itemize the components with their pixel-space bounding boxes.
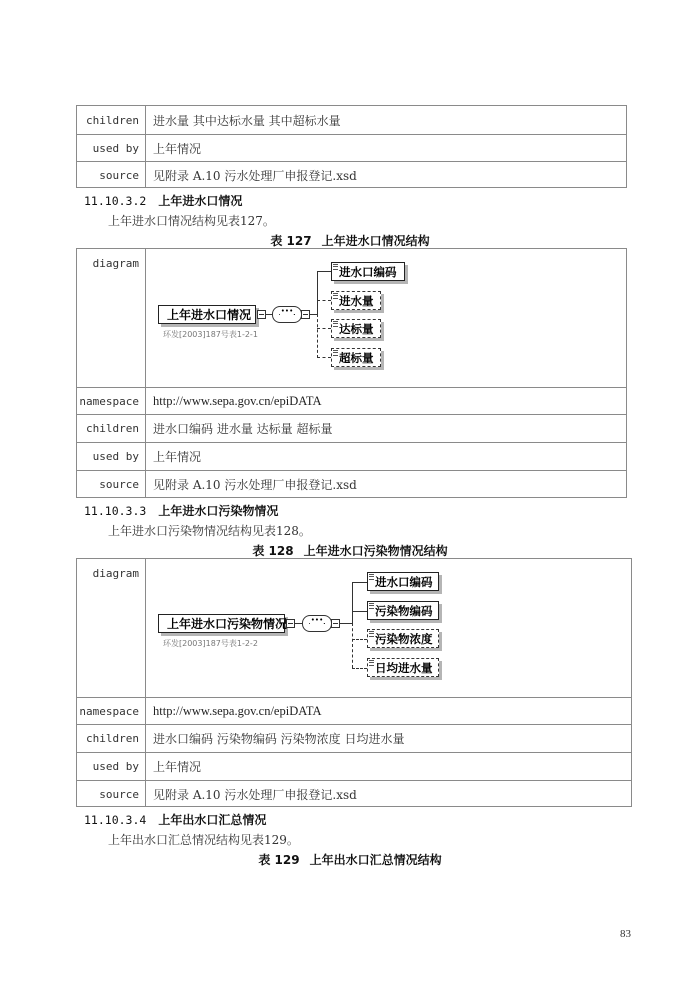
section-heading: 11.10.3.3上年进水口污染物情况 [84, 502, 278, 519]
table-row-source: source 见附录 A.10 污水处理厂申报登记.xsd [77, 470, 626, 498]
table-126-tail: children 进水量 其中达标水量 其中超标水量 used by 上年情况 … [76, 105, 627, 188]
table-caption: 表 128上年进水口污染物情况结构 [0, 542, 700, 559]
row-value: 进水口编码 污染物编码 污染物浓度 日均进水量 [153, 725, 625, 752]
table-row-namespace: namespace http://www.sepa.gov.cn/epiDATA [77, 387, 626, 414]
connector-line [352, 623, 353, 668]
child-element-box-optional: 污染物浓度 [367, 629, 439, 648]
row-label: children [77, 725, 146, 752]
element-icon [333, 350, 338, 356]
row-value: 进水量 其中达标水量 其中超标水量 [153, 106, 620, 134]
element-icon [333, 321, 338, 327]
section-number: 11.10.3.2 [84, 194, 146, 208]
row-label: namespace [77, 388, 146, 414]
row-value: http://www.sepa.gov.cn/epiDATA [153, 698, 625, 724]
element-icon [369, 574, 374, 580]
row-value: 见附录 A.10 污水处理厂申报登记.xsd [153, 781, 625, 807]
section-heading: 11.10.3.2上年进水口情况 [84, 192, 242, 209]
collapse-toggle-icon[interactable] [286, 619, 295, 628]
table-128: diagram 上年进水口污染物情况 进水口编码 污染物编码 污染物浓度 日均进… [76, 558, 632, 807]
table-caption: 表 127上年进水口情况结构 [0, 232, 700, 249]
child-element-box-optional: 达标量 [331, 319, 381, 338]
element-icon [369, 631, 374, 637]
collapse-toggle-icon[interactable] [301, 310, 310, 319]
sequence-compositor-icon [272, 306, 302, 323]
collapse-toggle-icon[interactable] [257, 310, 266, 319]
connector-line [317, 314, 318, 358]
caption-label: 表 129 [258, 853, 299, 867]
connector-line [317, 271, 331, 272]
row-label: source [77, 162, 146, 188]
row-value: http://www.sepa.gov.cn/epiDATA [153, 388, 620, 414]
connector-line [352, 582, 353, 623]
row-label: source [77, 781, 146, 807]
table-caption: 表 129上年出水口汇总情况结构 [0, 851, 700, 868]
row-label: used by [77, 443, 146, 470]
section-title: 上年出水口汇总情况 [158, 813, 266, 827]
table-row-children: children 进水口编码 污染物编码 污染物浓度 日均进水量 [77, 724, 631, 752]
element-icon [369, 603, 374, 609]
row-label: diagram [77, 559, 146, 697]
schema-diagram: 上年进水口情况 进水口编码 进水量 达标量 超标量 环发[2003]187号表1… [146, 249, 626, 387]
table-row-source: source 见附录 A.10 污水处理厂申报登记.xsd [77, 161, 626, 188]
collapse-toggle-icon[interactable] [331, 619, 340, 628]
row-label: children [77, 415, 146, 442]
table-row-used-by: used by 上年情况 [77, 134, 626, 161]
row-label: source [77, 471, 146, 498]
row-label: children [77, 106, 146, 134]
connector-line [317, 328, 331, 329]
element-icon [333, 264, 338, 270]
table-row-namespace: namespace http://www.sepa.gov.cn/epiDATA [77, 697, 631, 724]
diagram-annotation: 环发[2003]187号表1-2-2 [163, 638, 258, 649]
root-element-box: 上年进水口情况 [158, 305, 256, 324]
row-value: 上年情况 [153, 443, 620, 470]
section-paragraph: 上年进水口情况结构见表127。 [108, 212, 275, 229]
child-element-box: 污染物编码 [367, 601, 439, 620]
section-heading: 11.10.3.4上年出水口汇总情况 [84, 811, 266, 828]
connector-line [352, 668, 367, 669]
child-element-box-optional: 超标量 [331, 348, 381, 367]
caption-title: 上年出水口汇总情况结构 [310, 853, 442, 867]
child-element-box: 进水口编码 [367, 572, 439, 591]
connector-line [317, 271, 318, 314]
connector-line [352, 611, 367, 612]
row-value: 见附录 A.10 污水处理厂申报登记.xsd [153, 471, 620, 498]
caption-title: 上年进水口情况结构 [322, 234, 430, 248]
sequence-compositor-icon [302, 615, 332, 632]
section-number: 11.10.3.4 [84, 813, 146, 827]
caption-title: 上年进水口污染物情况结构 [304, 544, 448, 558]
element-icon [333, 293, 338, 299]
child-element-box: 进水口编码 [331, 262, 405, 281]
connector-line [352, 639, 367, 640]
connector-line [352, 582, 367, 583]
table-127: diagram 上年进水口情况 进水口编码 进水量 达标量 超标量 环发[200… [76, 248, 627, 498]
caption-label: 表 128 [252, 544, 293, 558]
connector-line [340, 623, 352, 624]
page-number: 83 [620, 928, 631, 940]
connector-line [295, 623, 302, 624]
connector-line [310, 314, 317, 315]
child-element-box-optional: 日均进水量 [367, 658, 439, 677]
section-paragraph: 上年出水口汇总情况结构见表129。 [108, 831, 299, 848]
row-value: 进水口编码 进水量 达标量 超标量 [153, 415, 620, 442]
row-value: 上年情况 [153, 135, 620, 161]
row-value: 见附录 A.10 污水处理厂申报登记.xsd [153, 162, 620, 188]
row-label: namespace [77, 698, 146, 724]
section-paragraph: 上年进水口污染物情况结构见表128。 [108, 522, 311, 539]
table-row-used-by: used by 上年情况 [77, 442, 626, 470]
schema-diagram: 上年进水口污染物情况 进水口编码 污染物编码 污染物浓度 日均进水量 环发[20… [146, 559, 631, 697]
root-element-name: 上年进水口污染物情况 [167, 615, 287, 632]
connector-line [317, 300, 331, 301]
diagram-annotation: 环发[2003]187号表1-2-1 [163, 329, 258, 340]
section-number: 11.10.3.3 [84, 504, 146, 518]
table-row-children: children 进水口编码 进水量 达标量 超标量 [77, 414, 626, 442]
section-title: 上年进水口污染物情况 [158, 504, 278, 518]
root-element-box: 上年进水口污染物情况 [158, 614, 285, 633]
table-row-used-by: used by 上年情况 [77, 752, 631, 780]
table-row-source: source 见附录 A.10 污水处理厂申报登记.xsd [77, 780, 631, 807]
connector-line [317, 357, 331, 358]
caption-label: 表 127 [270, 234, 311, 248]
row-label: used by [77, 753, 146, 780]
row-value: 上年情况 [153, 753, 625, 780]
root-element-name: 上年进水口情况 [167, 306, 251, 323]
table-row-diagram: diagram 上年进水口情况 进水口编码 进水量 达标量 超标量 环发[200… [77, 249, 626, 387]
child-element-box-optional: 进水量 [331, 291, 381, 310]
row-label: used by [77, 135, 146, 161]
section-title: 上年进水口情况 [158, 194, 242, 208]
row-label: diagram [77, 249, 146, 387]
table-row-children: children 进水量 其中达标水量 其中超标水量 [77, 106, 626, 134]
element-icon [369, 660, 374, 666]
table-row-diagram: diagram 上年进水口污染物情况 进水口编码 污染物编码 污染物浓度 日均进… [77, 559, 631, 697]
